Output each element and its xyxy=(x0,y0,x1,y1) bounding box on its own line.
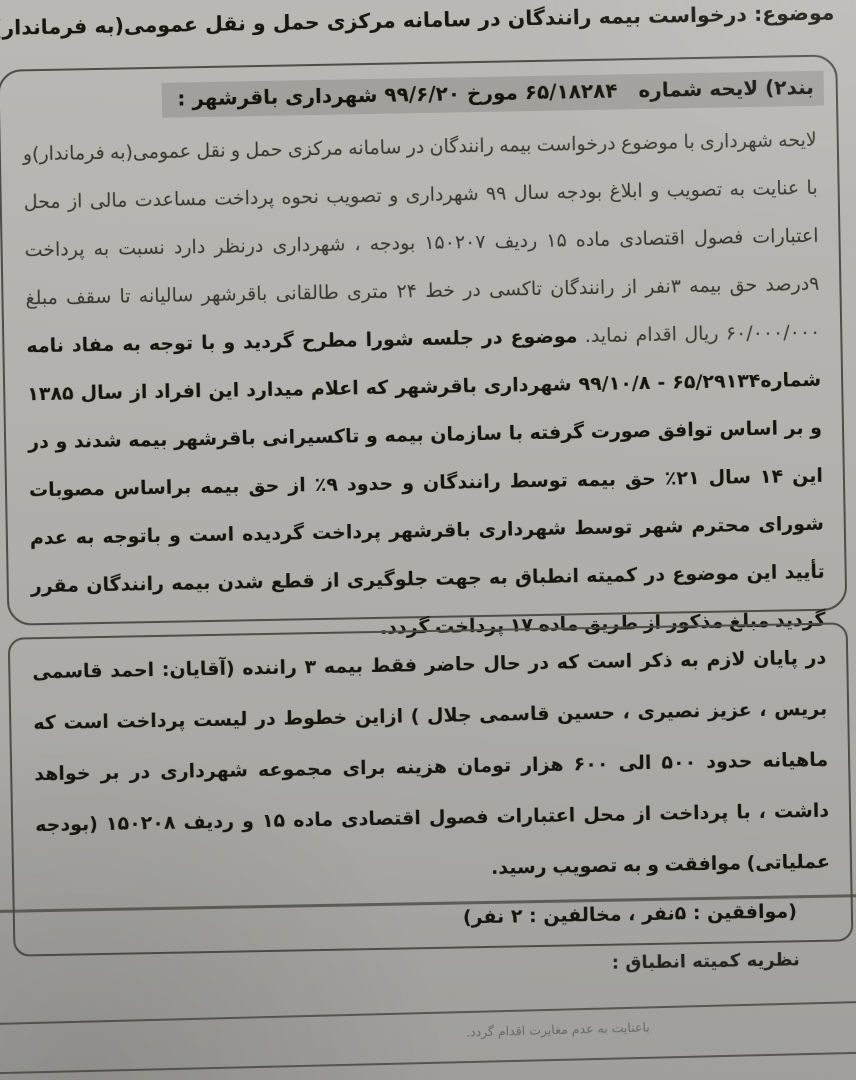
clause-header-highlight: بند۲) لایحه شماره ۶۵/۱۸۲۸۴ مورخ ۹۹/۶/۲۰ … xyxy=(161,71,824,118)
subject-line: موضوع: درخواست بیمه رانندگان در سامانه م… xyxy=(0,0,835,39)
closing-note-text: در پایان لازم به ذکر است که در حال حاضر … xyxy=(32,633,831,903)
clause-body-paragraph: لایحه شهرداری با موضوع درخواست بیمه رانن… xyxy=(22,116,826,658)
scan-tilt-wrapper: موضوع: درخواست بیمه رانندگان در سامانه م… xyxy=(0,0,856,1080)
scanned-council-resolution-page: موضوع: درخواست بیمه رانندگان در سامانه م… xyxy=(0,0,856,1080)
clause-body-regular-text: لایحه شهرداری با موضوع درخواست بیمه رانن… xyxy=(23,129,821,347)
compliance-committee-label: نظریه کمیته انطباق : xyxy=(612,949,800,973)
vote-count-line: (موافقین : ۵نفر ، مخالفین : ۲ نفر) xyxy=(37,900,797,936)
clause-header-row: بند۲) لایحه شماره ۶۵/۱۸۲۸۴ مورخ ۹۹/۶/۲۰ … xyxy=(22,71,825,121)
clause-body-bold-text: موضوع در جلسه شورا مطرح گردید و با توجه … xyxy=(26,325,826,639)
clause-2-box: بند۲) لایحه شماره ۶۵/۱۸۲۸۴ مورخ ۹۹/۶/۲۰ … xyxy=(0,54,847,625)
